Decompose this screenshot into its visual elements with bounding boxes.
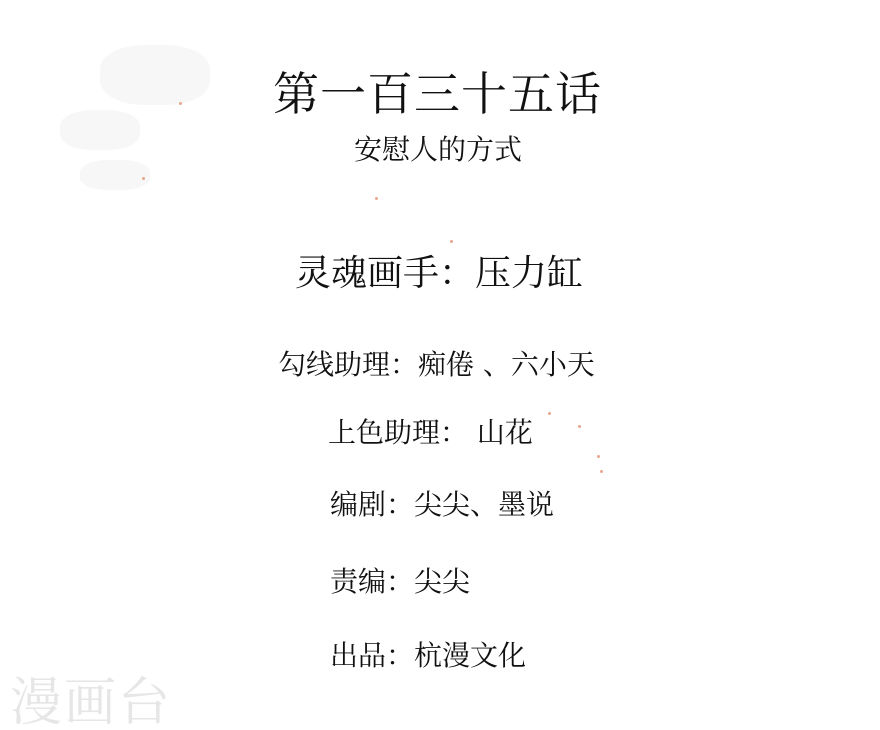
decorative-speck — [142, 177, 145, 180]
credit-artist: 灵魂画手：压力缸 — [295, 245, 583, 296]
credit-line-coloring-assistant: 上色助理： 山花 — [328, 411, 533, 451]
credit-line-screenwriters: 编剧：尖尖、墨说 — [330, 483, 554, 523]
decorative-smudge — [80, 160, 150, 190]
credit-line-inking-assistants: 勾线助理：痴倦 、六小天 — [278, 343, 595, 383]
decorative-smudge — [60, 110, 140, 150]
credit-line-publisher: 出品：杭漫文化 — [330, 634, 526, 674]
decorative-speck — [578, 425, 581, 428]
chapter-title: 第一百三十五话 — [273, 58, 602, 124]
decorative-speck — [375, 197, 378, 200]
decorative-speck — [600, 470, 603, 473]
decorative-speck — [597, 455, 600, 458]
decorative-speck — [548, 412, 551, 415]
chapter-subtitle: 安慰人的方式 — [354, 128, 522, 168]
credit-line-editor: 责编：尖尖 — [330, 560, 470, 600]
decorative-smudge — [100, 45, 210, 105]
decorative-speck — [179, 102, 182, 105]
decorative-speck — [450, 240, 453, 243]
watermark-logo: 漫画台 — [10, 660, 172, 730]
